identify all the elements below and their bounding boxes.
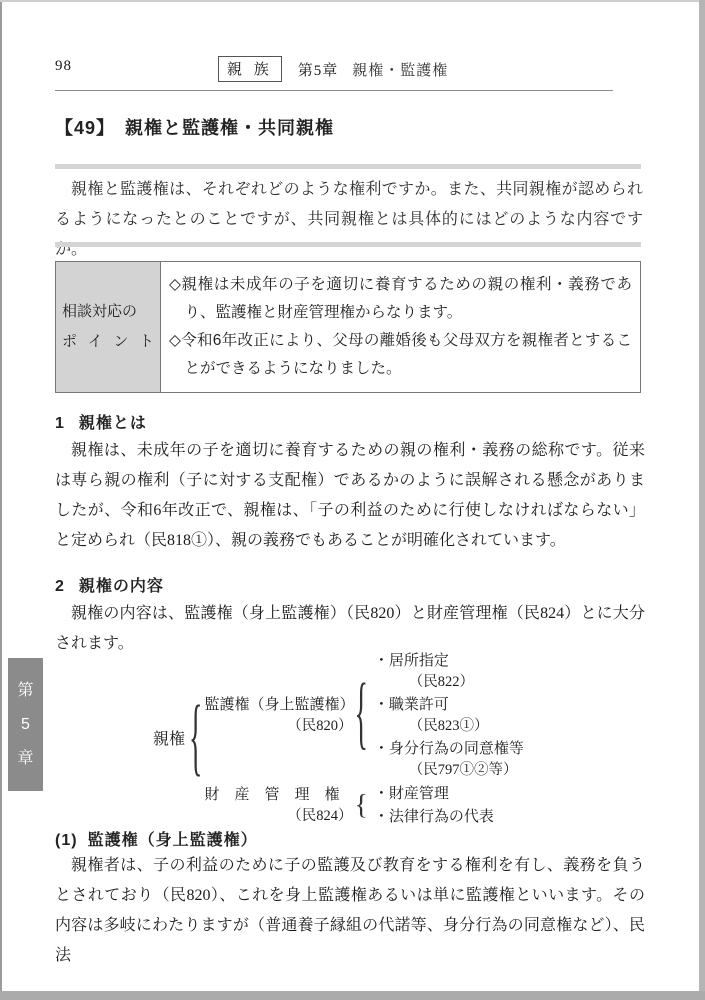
scan-edge-top: [0, 0, 705, 2]
section-heading-text: 親権とは: [79, 415, 147, 432]
branch-name: 監護権（身上監護権）: [204, 695, 352, 716]
scan-edge-bottom: [0, 991, 705, 1000]
brace-icon: {: [189, 696, 202, 783]
section-number: 2: [55, 578, 65, 595]
diagram-item: ・身分行為の同意権等 （民797①②等）: [374, 739, 524, 781]
advice-point-item: ◇令和6年改正により、父母の離婚後も父母双方を親権者とすることができるようになり…: [169, 327, 632, 383]
section-heading-text: 親権の内容: [79, 578, 164, 595]
advice-points-label-line1: 相談対応の: [62, 297, 154, 327]
chapter-side-tab: 第 5 章: [8, 658, 43, 791]
item-statute-ref: （民822）: [374, 672, 524, 693]
section-number: 1: [55, 415, 65, 432]
section-body-2: 親権の内容は、監護権（身上監護権）（民820）と財産管理権（民824）とに大分さ…: [55, 599, 645, 659]
scan-edge-right: [699, 0, 705, 1000]
chapter-number: 第5章: [298, 59, 339, 80]
article-title-text: 親権と監護権・共同親権: [125, 118, 334, 138]
diagram-root-label: 親権: [153, 729, 185, 750]
article-title: 【49】親権と監護権・共同親権: [55, 114, 645, 140]
header-rule: [55, 90, 613, 91]
running-head: 親 族 第5章 親権・監護権: [218, 56, 448, 82]
side-tab-char: 章: [17, 742, 33, 776]
page-number: 98: [55, 58, 72, 75]
advice-point-text: 親権は未成年の子を適切に養育するための親の権利・義務であり、監護権と財産管理権か…: [182, 276, 632, 321]
question-divider-top: [55, 164, 641, 169]
advice-point-item: ◇親権は未成年の子を適切に養育するための親の権利・義務であり、監護権と財産管理権…: [169, 271, 632, 327]
parental-authority-diagram: 親権 { 監護権（身上監護権） （民820） { ・居所指定 （民822）: [153, 651, 524, 828]
subsection-heading: (1)監護権（身上監護権）: [55, 827, 258, 850]
scan-edge-left: [0, 0, 2, 1000]
branch-items: ・居所指定 （民822） ・職業許可 （民823①） ・身分行為の同意権等 （民…: [374, 651, 524, 781]
section-heading-2: 2親権の内容: [55, 573, 164, 596]
diagram-item: ・財産管理: [374, 784, 494, 805]
article-number: 【49】: [55, 118, 115, 138]
advice-points-label: 相談対応の ポイント: [56, 262, 161, 392]
item-name: ・職業許可: [374, 695, 524, 716]
category-box: 親 族: [218, 56, 282, 82]
diagram-branches: 監護権（身上監護権） （民820） { ・居所指定 （民822） ・職業許可 （…: [204, 651, 523, 828]
page-header: 98 親 族 第5章 親権・監護権: [55, 56, 645, 82]
chapter-title: 親権・監護権: [352, 59, 448, 80]
item-name: ・身分行為の同意権等: [374, 739, 524, 760]
branch-statute-ref: （民820）: [204, 716, 352, 737]
diagram-item: ・法律行為の代表: [374, 807, 494, 828]
branch-label: 財 産 管 理 権 （民824）: [204, 785, 352, 827]
advice-points-box: 相談対応の ポイント ◇親権は未成年の子を適切に養育するための親の権利・義務であ…: [55, 261, 641, 393]
branch-statute-ref: （民824）: [204, 806, 352, 827]
advice-point-text: 令和6年改正により、父母の離婚後も父母双方を親権者とすることができるようになりま…: [181, 332, 632, 377]
subsection-body: 親権者は、子の利益のために子の監護及び教育をする権利を有し、義務を負うとされてお…: [55, 851, 645, 971]
subsection-number: (1): [55, 832, 78, 849]
branch-label: 監護権（身上監護権） （民820）: [204, 695, 352, 737]
book-page: 98 親 族 第5章 親権・監護権 【49】親権と監護権・共同親権 親権と監護権…: [0, 0, 705, 1000]
item-statute-ref: （民823①）: [374, 716, 524, 737]
diagram-item: ・居所指定 （民822）: [374, 651, 524, 693]
diagram-item: ・職業許可 （民823①）: [374, 695, 524, 737]
item-name: ・法律行為の代表: [374, 807, 494, 828]
diagram-branch-custody: 監護権（身上監護権） （民820） { ・居所指定 （民822） ・職業許可 （…: [204, 651, 523, 781]
advice-points-body: ◇親権は未成年の子を適切に養育するための親の権利・義務であり、監護権と財産管理権…: [161, 262, 640, 392]
item-name: ・居所指定: [374, 651, 524, 672]
diagram-branch-property: 財 産 管 理 権 （民824） { ・財産管理 ・法律行為の代表: [204, 784, 523, 828]
side-tab-char: 5: [21, 708, 30, 742]
brace-icon: {: [354, 675, 367, 756]
subsection-heading-text: 監護権（身上監護権）: [88, 832, 258, 849]
diamond-bullet-icon: ◇: [169, 276, 182, 293]
section-body-1: 親権は、未成年の子を適切に養育するための親の権利・義務の総称です。従来は専ら親の…: [55, 436, 645, 556]
side-tab-char: 第: [17, 674, 33, 708]
section-heading-1: 1親権とは: [55, 410, 147, 433]
branch-name: 財 産 管 理 権: [204, 785, 352, 806]
branch-items: ・財産管理 ・法律行為の代表: [374, 784, 494, 828]
advice-points-label-line2: ポイント: [62, 327, 154, 357]
brace-icon: {: [354, 792, 367, 820]
item-statute-ref: （民797①②等）: [374, 760, 524, 781]
question-divider-bottom: [55, 242, 641, 247]
diamond-bullet-icon: ◇: [169, 332, 181, 349]
item-name: ・財産管理: [374, 784, 494, 805]
question-text: 親権と監護権は、それぞれどのような権利ですか。また、共同親権が認められるようにな…: [55, 175, 643, 265]
